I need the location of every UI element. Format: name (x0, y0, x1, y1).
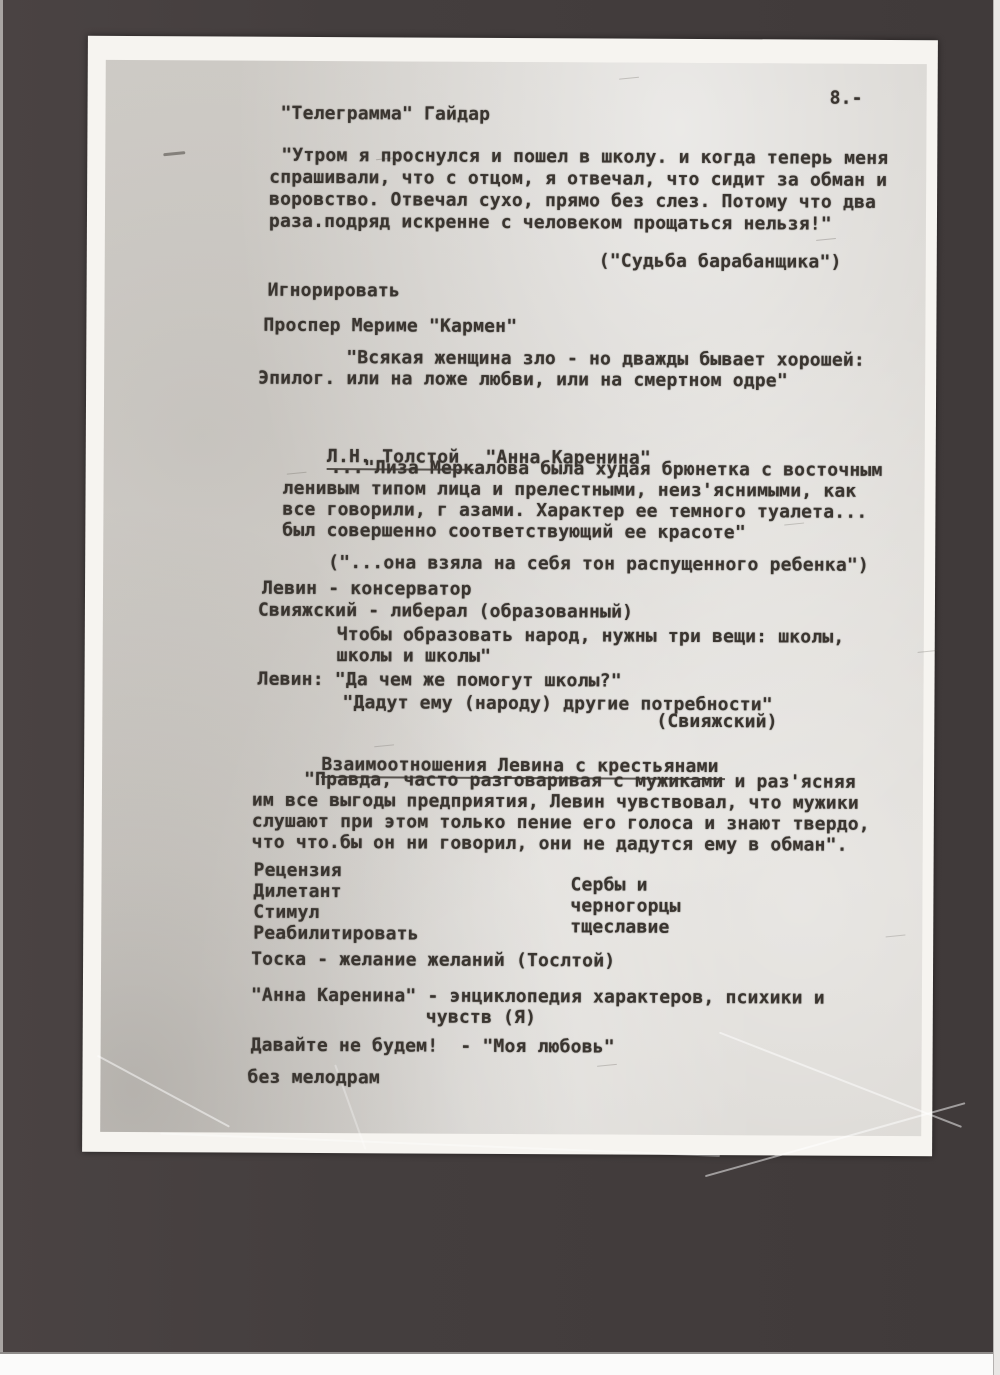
paper-crease (719, 1032, 962, 1128)
anna-definition-line2: чувств (Я) (426, 1007, 536, 1029)
text-line: Стимул (253, 902, 419, 924)
text-line: "Правда, часто разговаривая с мужиками и… (304, 769, 870, 793)
gaidar-title: "Телеграмма" Гайдар (280, 103, 490, 125)
text-line: Сербы и (570, 874, 680, 896)
text-line: раза.подряд искренне с человеком прощать… (269, 211, 888, 236)
text-line: Рецензия (254, 860, 420, 882)
vocab-list-left: РецензияДилетантСтимулРеабилитировать (253, 860, 419, 945)
text-line: школы и школы" (337, 645, 845, 669)
text-line: Чтобы образовать народ, нужны три вещи: … (337, 624, 845, 648)
scan-background: 8.- "Телеграмма" Гайдар "Утром я проснул… (0, 0, 1000, 1375)
bez-melodram-line: без мелодрам (247, 1067, 380, 1089)
paper-crease (97, 1055, 230, 1128)
paper-crease (160, 1132, 720, 1156)
vocab-list-right: Сербы ичерногорцытщеславие (570, 874, 681, 938)
davayte-line: Давайте не будем! - "Моя любовь" (251, 1035, 615, 1058)
page-number: 8.- (830, 88, 863, 109)
merimee-quote: "Всякая женщина зло - но дважды бывает х… (258, 347, 865, 392)
text-line: черногорцы (570, 895, 680, 917)
text-line: тщеславие (570, 916, 680, 938)
anna-definition-line1: "Анна Каренина" - энциклопедия характеро… (251, 985, 825, 1009)
levin-question-line: Левин: "Да чем же помогут школы?" (258, 669, 622, 692)
photo-print: 8.- "Телеграмма" Гайдар "Утром я проснул… (82, 36, 938, 1156)
text-line: "Утром я проснулся и пошел в школу. и ко… (281, 145, 888, 170)
scan-edge-bottom (0, 1352, 1000, 1375)
text-line: воровство. Отвечал сухо, прямо без слез.… (269, 189, 888, 214)
schools-quote: Чтобы образовать народ, нужны три вещи: … (337, 624, 845, 669)
sviyazhsky-liberal-line: Свияжский - либерал (образованный) (258, 600, 633, 623)
levin-conservative-line: Левин - консерватор (262, 578, 472, 600)
tolstoy-note: ("...она взяла на себя тон распущенного … (328, 552, 869, 576)
text-line: Реабилитировать (253, 923, 419, 945)
text-line: ..."Лиза Меркалова была худая брюнетка с… (331, 457, 883, 481)
toska-line: Тоска - желание желаний (Тослтой) (251, 949, 615, 972)
sviyazhsky-attribution: (Свияжский) (656, 711, 778, 733)
gaidar-quote: "Утром я проснулся и пошел в школу. и ко… (269, 145, 888, 236)
gaidar-source: ("Судьба барабанщика") (599, 250, 842, 272)
scan-edge-right (993, 0, 1000, 1375)
scan-edge-left (0, 0, 3, 1352)
text-line: "Всякая женщина зло - но дважды бывает х… (346, 347, 865, 371)
merimee-title: Проспер Мериме "Кармен" (263, 315, 517, 337)
ignore-note: Игнорировать (268, 280, 401, 302)
tolstoy-quote: ..."Лиза Меркалова была худая брюнетка с… (282, 457, 882, 544)
text-line: Дилетант (253, 881, 419, 903)
paper-specks (163, 151, 185, 156)
text-line: что что.бы он ни говорил, они не дадутся… (252, 832, 870, 856)
text-line: Эпилог. или на ложе любви, или на смертн… (258, 368, 865, 392)
text-line: спрашивали, что с отцом, я отвечал, что … (269, 167, 888, 192)
peasants-quote: "Правда, часто разговаривая с мужиками и… (252, 769, 871, 856)
text-line: был совершенно соответствующий ее красот… (282, 520, 882, 544)
